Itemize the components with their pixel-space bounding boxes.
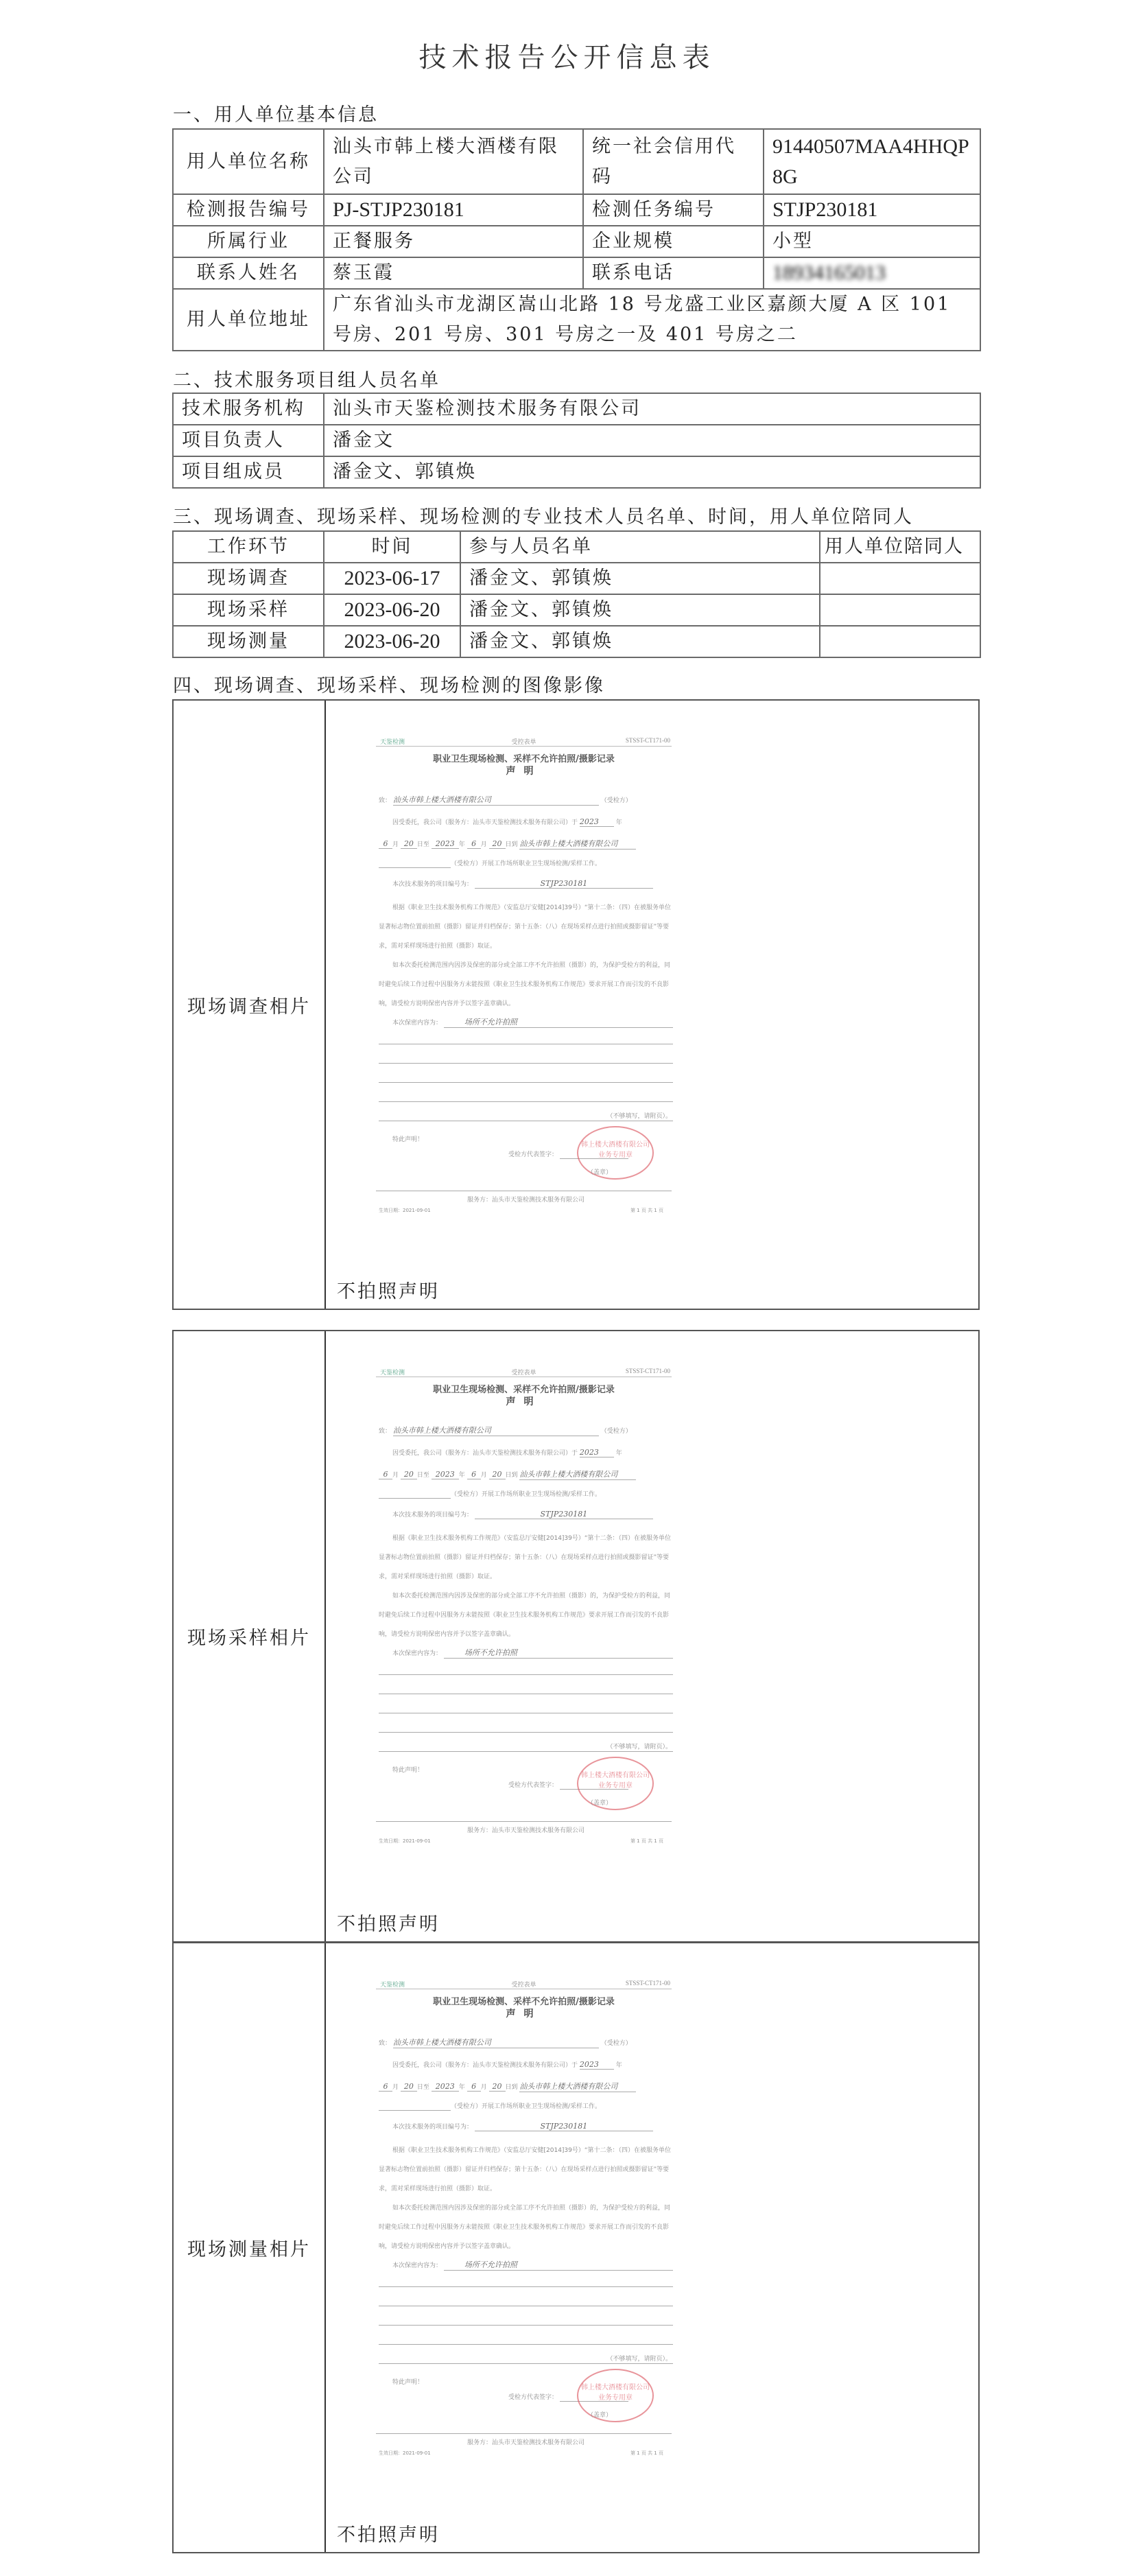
scan-sign-label: 受检方代表签字： <box>508 1151 558 1158</box>
scan-p5: 根据《职业卫生技术服务机构工作规范》（安监总厅安健[2014]39号）“第十二条… <box>379 2141 673 2199</box>
scan-to-prefix: 致： <box>379 1428 391 1435</box>
scan-blank-line <box>379 1121 673 1121</box>
scan-p2-day2: 20 <box>489 2082 506 2092</box>
scan-to-line: 致： 汕头市韩上楼大酒楼有限公司 （受检方） <box>379 1425 673 1436</box>
scan-p4: 本次技术服务的项目编号为： STJP230181 <box>392 879 673 889</box>
scan-note: （不够填写，请附页）。 <box>379 2354 672 2363</box>
scan-blank-line <box>379 2325 673 2326</box>
scan-p3: （受检方）开展工作场所职业卫生现场检测/采样工作。 <box>379 2101 673 2111</box>
photo-box: 现场调查相片不拍照声明 天鉴检测 受控表单 STSST-CT171-00 职业卫… <box>172 699 980 1310</box>
photo-box-caption: 不拍照声明 <box>337 2520 440 2546</box>
scan-footer-rule <box>376 1191 672 1191</box>
section-4-heading: 四、现场调查、现场采样、现场检测的图像影像 <box>173 670 605 697</box>
contact-phone-redacted: 18934165013 <box>772 261 886 284</box>
table-row: 技术服务机构 汕头市天鉴检测技术服务有限公司 <box>173 393 980 425</box>
scan-footer-page: 第 1 页 共 1 页 <box>379 2450 663 2457</box>
team-members-label: 项目组成员 <box>173 456 324 488</box>
scan-to-line: 致： 汕头市韩上楼大酒楼有限公司 （受检方） <box>379 2037 673 2048</box>
scan-p1-year: 2023 <box>580 2060 614 2070</box>
scan-p2-day: 20 <box>401 839 417 849</box>
scan-p6: 如本次委托检测范围内因涉及保密的部分或全部工序不允许拍照（摄影）的，为保护受检方… <box>379 1586 673 1644</box>
scan-p4-value: STJP230181 <box>475 2122 653 2131</box>
contact-name-label: 联系人姓名 <box>173 257 324 289</box>
scan-p7-value: 场所不允许拍照 <box>444 1647 673 1659</box>
scan-p1-year-suffix: 年 <box>616 819 622 826</box>
scan-blank-line <box>379 1044 673 1044</box>
scan-p3-text: （受检方）开展工作场所职业卫生现场检测/采样工作。 <box>451 1491 601 1498</box>
scan-p2-month: 6 <box>379 1470 392 1479</box>
scan-form-subtitle: 声明 <box>368 2006 680 2020</box>
stage-cell: 现场采样 <box>173 594 324 626</box>
scan-blank-line <box>379 2286 673 2287</box>
declaration-scan-image: 天鉴检测 受控表单 STSST-CT171-00 职业卫生现场检测、采样不允许拍… <box>368 1367 680 1864</box>
photo-box-label: 现场调查相片 <box>174 701 326 1309</box>
industry-value: 正餐服务 <box>324 226 583 257</box>
project-lead-label: 项目负责人 <box>173 425 324 456</box>
scan-blank-line <box>379 1101 673 1102</box>
scan-header: 天鉴检测 受控表单 STSST-CT171-00 <box>376 736 672 747</box>
scan-blank-line <box>379 1713 673 1713</box>
industry-label: 所属行业 <box>173 226 324 257</box>
scan-p1-year: 2023 <box>580 817 614 827</box>
service-org-label: 技术服务机构 <box>173 393 324 425</box>
col-header-escort: 用人单位陪同人 <box>820 531 980 563</box>
scan-to-suffix: （受检方） <box>601 1428 632 1435</box>
scan-to-suffix: （受检方） <box>601 797 632 804</box>
escort-cell <box>820 563 980 594</box>
scan-blank-line <box>379 1694 673 1694</box>
scan-p4-value: STJP230181 <box>475 879 653 889</box>
scan-p5: 根据《职业卫生技术服务机构工作规范》（安监总厅安健[2014]39号）“第十二条… <box>379 898 673 956</box>
project-lead-value: 潘金文 <box>324 425 980 456</box>
scan-p7-label: 本次保密内容为： <box>392 1650 442 1657</box>
enterprise-scale-value: 小型 <box>764 226 980 257</box>
scan-p1-text: 因受委托，我公司（服务方：汕头市天鉴检测技术服务有限公司）于 <box>392 1450 578 1457</box>
scan-blank-line <box>379 1082 673 1083</box>
scan-form-title: 职业卫生现场检测、采样不允许拍照/摄影记录 <box>368 751 680 764</box>
scan-p7: 本次保密内容为： 场所不允许拍照 <box>392 1647 673 1659</box>
task-number-value: STJP230181 <box>764 194 980 226</box>
escort-cell <box>820 594 980 626</box>
scan-p2-day: 20 <box>401 2082 417 2092</box>
scan-p1: 因受委托，我公司（服务方：汕头市天鉴检测技术服务有限公司）于 2023 年 <box>392 2060 673 2070</box>
table-row: 现场调查 2023-06-17 潘金文、郭镇焕 <box>173 563 980 594</box>
scan-footer-rule <box>376 1821 672 1822</box>
scan-sign-label: 受检方代表签字： <box>508 1782 558 1789</box>
col-header-stage: 工作环节 <box>173 531 324 563</box>
stage-cell: 现场调查 <box>173 563 324 594</box>
scan-footer-rule <box>376 2433 672 2434</box>
scan-p1-year-suffix: 年 <box>616 1450 622 1457</box>
scan-p2-to: 汕头市韩上楼大酒楼有限公司 <box>519 2081 636 2092</box>
scan-note: （不够填写，请附页）。 <box>379 1742 672 1750</box>
scan-p4-value: STJP230181 <box>475 1510 653 1519</box>
address-label: 用人单位地址 <box>173 289 324 351</box>
scan-to-prefix: 致： <box>379 2040 391 2047</box>
photo-box: 现场测量相片不拍照声明 天鉴检测 受控表单 STSST-CT171-00 职业卫… <box>172 1942 980 2553</box>
scan-footer-page: 第 1 页 共 1 页 <box>379 1207 663 1214</box>
table-header-row: 工作环节 时间 参与人员名单 用人单位陪同人 <box>173 531 980 563</box>
contact-phone-cell: 18934165013 <box>764 257 980 289</box>
scan-p3: （受检方）开展工作场所职业卫生现场检测/采样工作。 <box>379 858 673 868</box>
scan-footer-service: 服务方：汕头市天鉴检测技术服务有限公司 <box>379 2437 673 2446</box>
table-row: 用人单位名称 汕头市韩上楼大酒楼有限公司 统一社会信用代码 91440507MA… <box>173 129 980 194</box>
contact-phone-label: 联系电话 <box>583 257 764 289</box>
scan-to-line: 致： 汕头市韩上楼大酒楼有限公司 （受检方） <box>379 794 673 806</box>
scan-p2-day2: 20 <box>489 839 506 849</box>
team-members-value: 潘金文、郭镇焕 <box>324 456 980 488</box>
table-row: 项目负责人 潘金文 <box>173 425 980 456</box>
scan-footer-service: 服务方：汕头市天鉴检测技术服务有限公司 <box>379 1825 673 1834</box>
credit-code-label: 统一社会信用代码 <box>583 129 764 194</box>
people-cell: 潘金文、郭镇焕 <box>460 594 820 626</box>
photo-box-label: 现场采样相片 <box>174 1331 326 1941</box>
contact-name-value: 蔡玉霞 <box>324 257 583 289</box>
employer-name-label: 用人单位名称 <box>173 129 324 194</box>
scan-form-title: 职业卫生现场检测、采样不允许拍照/摄影记录 <box>368 1382 680 1395</box>
scan-header: 天鉴检测 受控表单 STSST-CT171-00 <box>376 1979 672 1989</box>
scan-p2-year2: 2023 <box>432 1470 459 1479</box>
stage-cell: 现场测量 <box>173 626 324 657</box>
people-cell: 潘金文、郭镇焕 <box>460 563 820 594</box>
scan-footer-service: 服务方：汕头市天鉴检测技术服务有限公司 <box>379 1195 673 1204</box>
scan-to-handwritten: 汕头市韩上楼大酒楼有限公司 <box>393 1425 599 1436</box>
scan-header-code: STSST-CT171-00 <box>626 1368 670 1374</box>
credit-code-value: 91440507MAA4HHQP8G <box>764 129 980 194</box>
scan-p6: 如本次委托检测范围内因涉及保密的部分或全部工序不允许拍照（摄影）的，为保护受检方… <box>379 2199 673 2256</box>
people-cell: 潘金文、郭镇焕 <box>460 626 820 657</box>
enterprise-scale-label: 企业规模 <box>583 226 764 257</box>
scan-p7-value: 场所不允许拍照 <box>444 2259 673 2271</box>
scan-p1-year-suffix: 年 <box>616 2062 622 2069</box>
table-row: 检测报告编号 PJ-STJP230181 检测任务编号 STJP230181 <box>173 194 980 226</box>
scan-p4: 本次技术服务的项目编号为： STJP230181 <box>392 2122 673 2131</box>
scan-blank-line <box>379 1674 673 1675</box>
scan-p4-label: 本次技术服务的项目编号为： <box>392 2124 473 2131</box>
scan-to-prefix: 致： <box>379 797 391 804</box>
declaration-scan-image: 天鉴检测 受控表单 STSST-CT171-00 职业卫生现场检测、采样不允许拍… <box>368 1979 680 2477</box>
section-3-heading: 三、现场调查、现场采样、现场检测的专业技术人员名单、时间，用人单位陪同人 <box>173 502 914 528</box>
scan-p1-text: 因受委托，我公司（服务方：汕头市天鉴检测技术服务有限公司）于 <box>392 819 578 826</box>
scan-blank-line <box>379 1751 673 1752</box>
scan-p2-month: 6 <box>379 2082 392 2092</box>
scan-p3: （受检方）开展工作场所职业卫生现场检测/采样工作。 <box>379 1489 673 1499</box>
scan-to-handwritten: 汕头市韩上楼大酒楼有限公司 <box>393 2037 599 2048</box>
scan-p2-month2: 6 <box>467 1470 481 1479</box>
scan-footer-page: 第 1 页 共 1 页 <box>379 1838 663 1845</box>
section-1-heading: 一、用人单位基本信息 <box>173 99 379 126</box>
scan-p7-label: 本次保密内容为： <box>392 2262 442 2269</box>
scan-note: （不够填写，请附页）。 <box>379 1111 672 1120</box>
col-header-date: 时间 <box>324 531 460 563</box>
col-header-people: 参与人员名单 <box>460 531 820 563</box>
report-number-label: 检测报告编号 <box>173 194 324 226</box>
scan-p7: 本次保密内容为： 场所不允许拍照 <box>392 1016 673 1028</box>
table-row: 所属行业 正餐服务 企业规模 小型 <box>173 226 980 257</box>
scan-p2: 6月 20日至 2023年 6月 20日到 汕头市韩上楼大酒楼有限公司 <box>379 2081 673 2092</box>
scan-p4-label: 本次技术服务的项目编号为： <box>392 1512 473 1519</box>
scan-seal-label: （盖章） <box>587 2410 673 2419</box>
declaration-scan-image: 天鉴检测 受控表单 STSST-CT171-00 职业卫生现场检测、采样不允许拍… <box>368 736 680 1234</box>
photo-box: 现场采样相片不拍照声明 天鉴检测 受控表单 STSST-CT171-00 职业卫… <box>172 1330 980 1943</box>
scan-to-suffix: （受检方） <box>601 2040 632 2047</box>
photo-box-caption: 不拍照声明 <box>337 1276 440 1303</box>
scan-p1: 因受委托，我公司（服务方：汕头市天鉴检测技术服务有限公司）于 2023 年 <box>392 1448 673 1457</box>
scan-header-code: STSST-CT171-00 <box>626 737 670 744</box>
table-row: 项目组成员 潘金文、郭镇焕 <box>173 456 980 488</box>
scan-p7-label: 本次保密内容为： <box>392 1020 442 1027</box>
field-work-table: 工作环节 时间 参与人员名单 用人单位陪同人 现场调查 2023-06-17 潘… <box>172 530 981 658</box>
page-title: 技术报告公开信息表 <box>0 36 1134 75</box>
scan-p7-value: 场所不允许拍照 <box>444 1016 673 1028</box>
scan-p6: 如本次委托检测范围内因涉及保密的部分或全部工序不允许拍照（摄影）的，为保护受检方… <box>379 956 673 1014</box>
scan-p2-day: 20 <box>401 1470 417 1479</box>
scan-p2-month: 6 <box>379 839 392 849</box>
table-row: 现场采样 2023-06-20 潘金文、郭镇焕 <box>173 594 980 626</box>
scan-seal-label: （盖章） <box>587 1167 673 1176</box>
scan-p2-month2: 6 <box>467 839 481 849</box>
employer-name-value: 汕头市韩上楼大酒楼有限公司 <box>324 129 583 194</box>
address-value: 广东省汕头市龙湖区嵩山北路 18 号龙盛工业区嘉颜大厦 A 区 101 号房、2… <box>324 289 980 351</box>
scan-form-subtitle: 声明 <box>368 1394 680 1408</box>
scan-p2: 6月 20日至 2023年 6月 20日到 汕头市韩上楼大酒楼有限公司 <box>379 1468 673 1480</box>
date-cell: 2023-06-20 <box>324 626 460 657</box>
escort-cell <box>820 626 980 657</box>
photo-box-caption: 不拍照声明 <box>337 1909 440 1936</box>
scan-blank-line <box>379 2363 673 2364</box>
scan-blank-line <box>379 2306 673 2306</box>
scan-p7: 本次保密内容为： 场所不允许拍照 <box>392 2259 673 2271</box>
table-row: 现场测量 2023-06-20 潘金文、郭镇焕 <box>173 626 980 657</box>
scan-p4: 本次技术服务的项目编号为： STJP230181 <box>392 1510 673 1519</box>
table-row: 用人单位地址 广东省汕头市龙湖区嵩山北路 18 号龙盛工业区嘉颜大厦 A 区 1… <box>173 289 980 351</box>
scan-p1-text: 因受委托，我公司（服务方：汕头市天鉴检测技术服务有限公司）于 <box>392 2062 578 2069</box>
scan-p2-year2: 2023 <box>432 2082 459 2092</box>
scan-to-handwritten: 汕头市韩上楼大酒楼有限公司 <box>393 794 599 806</box>
scan-seal-label: （盖章） <box>587 1798 673 1807</box>
scan-header-code: STSST-CT171-00 <box>626 1980 670 1987</box>
scan-p2-day2: 20 <box>489 1470 506 1479</box>
table-row: 联系人姓名 蔡玉霞 联系电话 18934165013 <box>173 257 980 289</box>
scan-p2: 6月 20日至 2023年 6月 20日到 汕头市韩上楼大酒楼有限公司 <box>379 838 673 850</box>
scan-blank-line <box>379 1732 673 1733</box>
report-number-value: PJ-STJP230181 <box>324 194 583 226</box>
scan-form-title: 职业卫生现场检测、采样不允许拍照/摄影记录 <box>368 1994 680 2007</box>
scan-p4-label: 本次技术服务的项目编号为： <box>392 881 473 888</box>
section-2-heading: 二、技术服务项目组人员名单 <box>173 365 440 392</box>
date-cell: 2023-06-17 <box>324 563 460 594</box>
employer-info-table: 用人单位名称 汕头市韩上楼大酒楼有限公司 统一社会信用代码 91440507MA… <box>172 128 981 351</box>
photo-box-label: 现场测量相片 <box>174 1943 326 2552</box>
scan-p2-to: 汕头市韩上楼大酒楼有限公司 <box>519 1468 636 1480</box>
scan-form-subtitle: 声明 <box>368 764 680 777</box>
project-team-table: 技术服务机构 汕头市天鉴检测技术服务有限公司 项目负责人 潘金文 项目组成员 潘… <box>172 393 981 489</box>
task-number-label: 检测任务编号 <box>583 194 764 226</box>
scan-p3-text: （受检方）开展工作场所职业卫生现场检测/采样工作。 <box>451 2103 601 2110</box>
scan-p2-to: 汕头市韩上楼大酒楼有限公司 <box>519 838 636 850</box>
scan-header: 天鉴检测 受控表单 STSST-CT171-00 <box>376 1367 672 1377</box>
scan-sign-label: 受检方代表签字： <box>508 2394 558 2401</box>
scan-p5: 根据《职业卫生技术服务机构工作规范》（安监总厅安健[2014]39号）“第十二条… <box>379 1529 673 1586</box>
scan-p2-year2: 2023 <box>432 839 459 849</box>
scan-p1: 因受委托，我公司（服务方：汕头市天鉴检测技术服务有限公司）于 2023 年 <box>392 817 673 827</box>
scan-p3-text: （受检方）开展工作场所职业卫生现场检测/采样工作。 <box>451 860 601 867</box>
scan-blank-line <box>379 2344 673 2345</box>
scan-p1-year: 2023 <box>580 1448 614 1457</box>
date-cell: 2023-06-20 <box>324 594 460 626</box>
scan-blank-line <box>379 1063 673 1064</box>
scan-p2-month2: 6 <box>467 2082 481 2092</box>
service-org-value: 汕头市天鉴检测技术服务有限公司 <box>324 393 980 425</box>
